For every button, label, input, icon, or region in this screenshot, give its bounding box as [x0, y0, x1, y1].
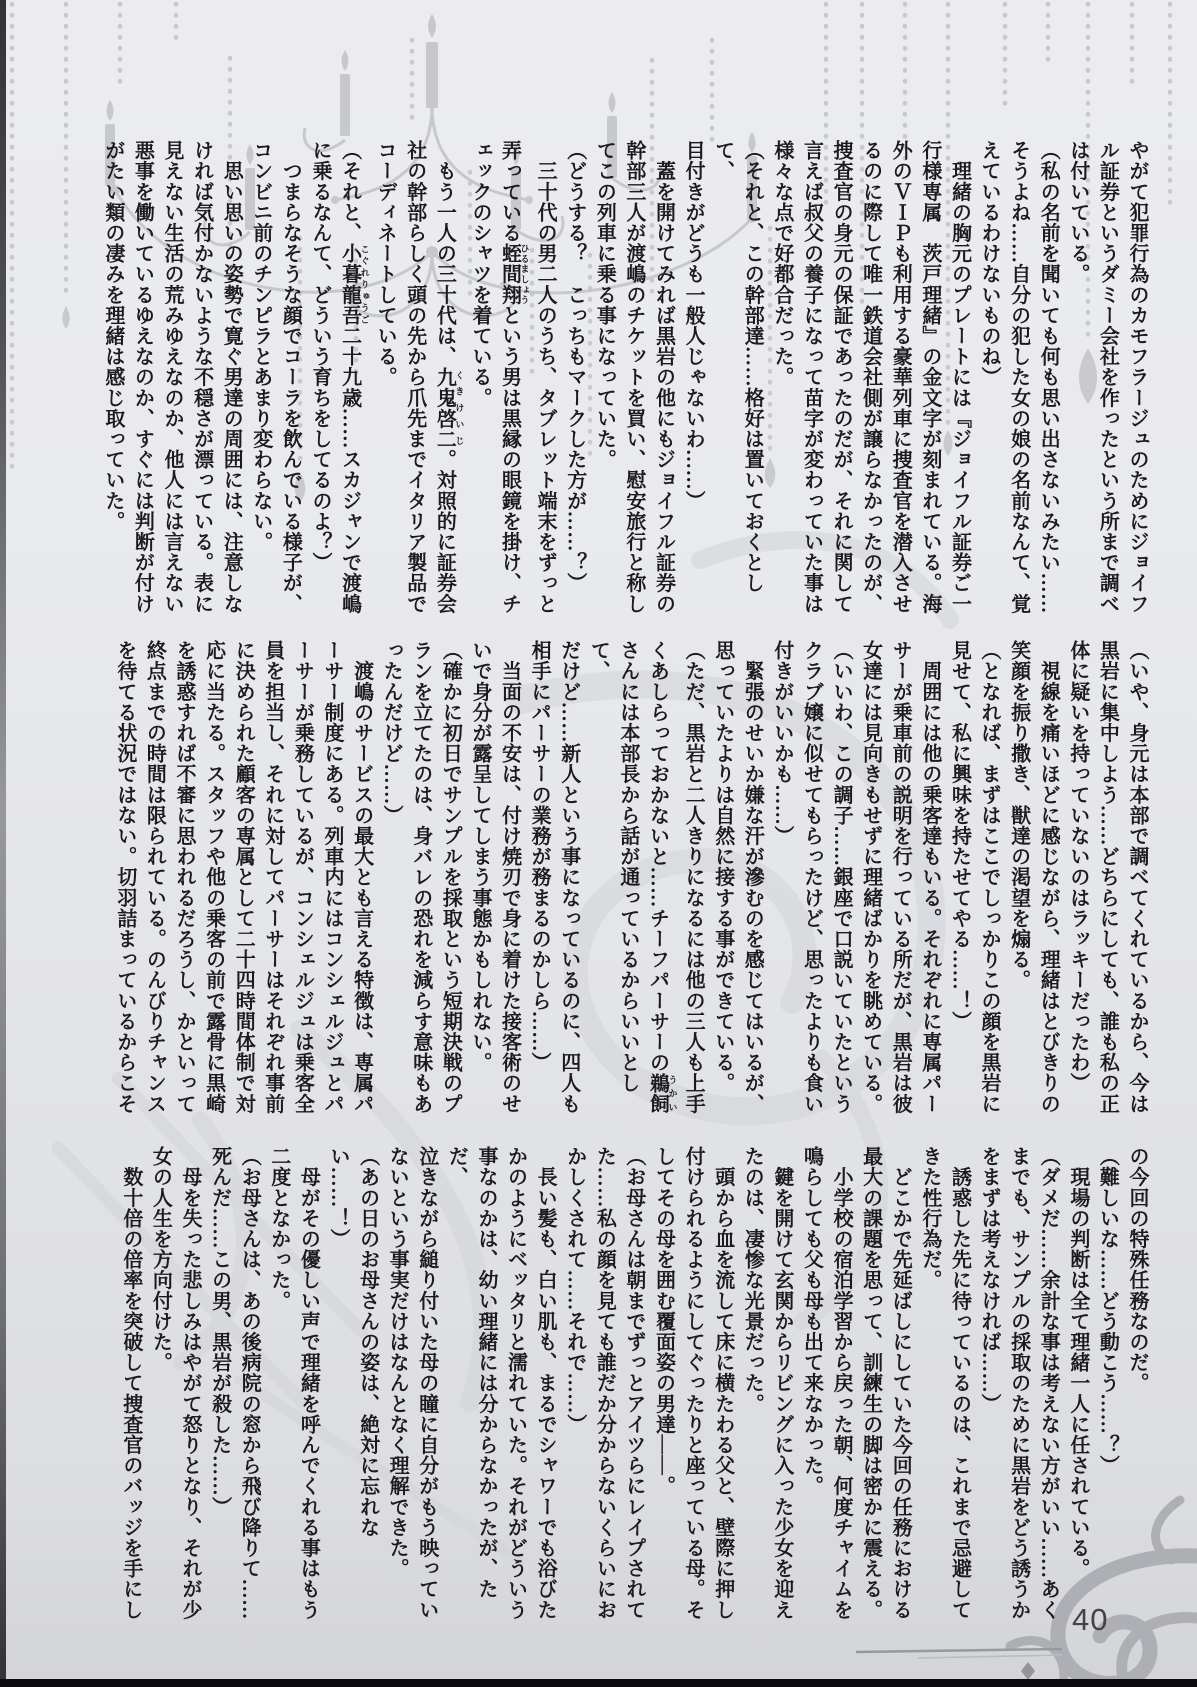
text-line: かのようにベッタリと濡れていた。それがどういう — [500, 1146, 530, 1630]
text-line: 視線を痛いほどに感じながら、理緒はとびきりの — [1033, 640, 1063, 1124]
text-line: 頭から血を流して床に横たわる父と、壁際に押し — [707, 1146, 737, 1630]
text-line: （となれば、まずはここでしっかりこの顔を黒岩に — [973, 640, 1003, 1124]
text-line: の今回の特殊任務なのだ。 — [1121, 1146, 1151, 1630]
text-line: を待てる状況ではない。切羽詰まっているからこそ — [109, 640, 139, 1124]
text-line: サーが乗車前の説明を行っている所だが、黒岩は彼 — [885, 640, 915, 1124]
text-line: ったんだけど……） — [376, 640, 406, 1124]
footer-rule — [856, 1649, 1062, 1680]
text-line: てこの列車に乗る事になっていた。 — [589, 140, 619, 624]
text-line: 二度となかった。 — [263, 1146, 293, 1630]
text-line: 鍵を開けて玄関からリビングに入った少女を迎え — [766, 1146, 796, 1630]
text-line: 周囲には他の乗客達もいる。それぞれに専属パー — [914, 640, 944, 1124]
text-line: 理緒の胸元のプレートには『ジョイフル証券ご一 — [944, 140, 974, 624]
text-line: 見えない生活の荒みゆえなのか、他人には言えない — [156, 140, 186, 624]
text-line: ランを立てたのは、身バレの恐れを減らす意味もあ — [405, 640, 435, 1124]
text-line: がたい類の凄みを理緒は感じ取っていた。 — [97, 140, 127, 624]
text-line: 行様専属 茨戸理緒』の金文字が刻まれている。海 — [914, 140, 944, 624]
text-line: 母がその優しい声で理緒を呼んでくれる事はもう — [293, 1146, 323, 1630]
text-line: るのに際して唯一鉄道会社側が譲らなかったのが、 — [855, 140, 885, 624]
vertical-text-band-middle: （いや、身元は本部で調べてくれているから、今は黒岩に集中しよう……どちらにしても… — [141, 640, 1151, 1124]
text-line: 鳴らしても父も母も出て来なかった。 — [796, 1146, 826, 1630]
text-line: 女の人生を方向付けた。 — [145, 1146, 175, 1630]
text-line: （お母さんは朝までずっとアイツらにレイプされて — [618, 1146, 648, 1630]
text-line: くあしらっておかないと……チーフパーサーの鵜飼うかい — [642, 640, 678, 1124]
text-line: 終点までの時間は限られている。のんびりチャンス — [139, 640, 169, 1124]
text-line: 体に疑いを持っていないのはラッキーだったわ） — [1062, 640, 1092, 1124]
text-line: （私の名前を聞いても何も思い出さないみたい…… — [1033, 140, 1063, 624]
text-line: 女達には見向きもせずに理緒ばかりを眺めている。 — [855, 640, 885, 1124]
text-line: をまずは考えなければ……） — [973, 1146, 1003, 1630]
text-line: 泣きながら縋り付いた母の瞳に自分がもう映ってい — [411, 1146, 441, 1630]
text-line: 員を担当し、それに対してパーサーはそれぞれ事前 — [257, 640, 287, 1124]
text-line: 緊張のせいか嫌な汗が滲むのを感じてはいるが、 — [737, 640, 767, 1124]
text-line: 小学校の宿泊学習から戻った朝、何度チャイムを — [825, 1146, 855, 1630]
text-line: 応に当たる。スタッフや他の乗客の前で露骨に黒崎 — [198, 640, 228, 1124]
text-line: してその母を囲む覆面姿の男達――。 — [648, 1146, 678, 1630]
text-line: 目付きがどうも一般人じゃないわ……） — [678, 140, 708, 624]
text-line: 笑顔を振り撒き、獣達の渇望を煽る。 — [1003, 640, 1033, 1124]
text-line: 思い思いの姿勢で寛ぐ男達の周囲には、注意しな — [216, 140, 246, 624]
text-line: 最大の課題を思って、訓練生の脚は密かに震える。 — [855, 1146, 885, 1630]
text-line: 黒岩に集中しよう……どちらにしても、誰も私の正 — [1092, 640, 1122, 1124]
text-line: に乗るなんて、どういう育ちをしてるのよ？） — [304, 140, 334, 624]
text-line: 三十代の男二人のうち、タブレット端末をずっと — [530, 140, 560, 624]
vertical-text-band-top: やがて犯罪行為のカモフラージュのためにジョイフル証券というダミー会社を作ったとい… — [141, 140, 1151, 624]
text-line: （いいわ、この調子……銀座で口説いていたという — [825, 640, 855, 1124]
novel-page: やがて犯罪行為のカモフラージュのためにジョイフル証券というダミー会社を作ったとい… — [0, 0, 1197, 1687]
text-line: どこかで先延ばしにしていた今回の任務における — [885, 1146, 915, 1630]
text-line: えているわけないものね） — [973, 140, 1003, 624]
text-line: た……私の顔を見ても誰だか分からないくらいにお — [589, 1146, 619, 1630]
text-line: （いや、身元は本部で調べてくれているから、今は — [1121, 640, 1151, 1124]
text-line: 蓋を開けてみれば黒岩の他にもジョイフル証券の — [648, 140, 678, 624]
text-line: 幹部三人が渡嶋のチケットを買い、慰安旅行と称し — [618, 140, 648, 624]
text-line: 弄っている蛭間翔ひるましょうという男は黒縁の眼鏡を掛け、チ — [494, 140, 530, 624]
text-line: コーディネートしている。 — [370, 140, 400, 624]
text-line: に決められた顧客の専属として二十四時間体制で対 — [228, 640, 258, 1124]
text-line: 相手にパーサーの業務が務まるのかしら……） — [524, 640, 554, 1124]
text-line: いで身分が露呈してしまう事態かもしれない。 — [464, 640, 494, 1124]
text-line: （ただ、黒岩と二人きりになるには他の三人も上手 — [678, 640, 708, 1124]
text-line: までも、サンプルの採取のために黒岩をどう誘うか — [1003, 1146, 1033, 1630]
text-line: 様々な点で好都合だった。 — [766, 140, 796, 624]
page-edge-bar-bottom — [0, 1679, 1197, 1687]
text-line: さんには本部長から話が通っているからいいとして、 — [583, 640, 642, 1124]
text-line: 外のＶＩＰも利用する豪華列車に捜査官を潜入させ — [885, 140, 915, 624]
text-line: （それと、小暮龍吾こぐれりゅうご二十九歳……スカジャンで渡嶋 — [334, 140, 370, 624]
text-line: きた性行為だ。 — [914, 1146, 944, 1630]
page-number: 40 — [1072, 1602, 1108, 1638]
text-line: 長い髪も、白い肌も、まるでシャワーでも浴びた — [530, 1146, 560, 1630]
text-line: つまらなそうな顔でコーラを飲んでいる様子が、 — [275, 140, 305, 624]
text-line: たのは、凄惨な光景だった。 — [737, 1146, 767, 1630]
text-line: 悪事を働いているゆえなのか、すぐには判断が付け — [127, 140, 157, 624]
text-line: 当面の不安は、付け焼刃で身に着けた接客術のせ — [494, 640, 524, 1124]
text-line: 死んだ……この男、黒岩が殺した……） — [204, 1146, 234, 1630]
text-line: ル証券というダミー会社を作ったという所まで調べ — [1092, 140, 1122, 624]
text-line: （ダメだ……余計な事は考えない方がいい……あく — [1033, 1146, 1063, 1630]
text-line: 現場の判断は全て理緒一人に任されている。 — [1062, 1146, 1092, 1630]
text-line: ないという事実だけはなんとなく理解できた。 — [382, 1146, 412, 1630]
text-line: ーサーが乗務しているが、コンシェルジュは乗客全 — [287, 640, 317, 1124]
text-line: やがて犯罪行為のカモフラージュのためにジョイフ — [1121, 140, 1151, 624]
text-line: 捜査官の身元の保証であったのだが、それに関して — [825, 140, 855, 624]
text-line: 事なのかは、幼い理緒には分からなかったが、ただ、 — [441, 1146, 500, 1630]
text-line: （どうする？ こっちもマークした方が……？） — [559, 140, 589, 624]
text-line: ーサー制度にある。列車内にはコンシェルジュとパ — [316, 640, 346, 1124]
vertical-text-band-bottom: の今回の特殊任務なのだ。（難しいな……どう動こう……？） 現場の判断は全て理緒一… — [141, 1146, 1151, 1630]
text-line: （お母さんは、あの後病院の窓から飛び降りて…… — [234, 1146, 264, 1630]
text-line: ければ気付かないような不穏さが漂っている。表に — [186, 140, 216, 624]
text-line: そうよね……自分の犯した女の娘の名前なんて、覚 — [1003, 140, 1033, 624]
text-line: 思っていたよりは自然に接する事ができている。 — [707, 640, 737, 1124]
text-line: を誘惑すれば不審に思われるだろうし、かといって — [168, 640, 198, 1124]
text-line: （それと、この幹部達……格好は置いておくとして、 — [707, 140, 766, 624]
text-line: （確かに初日でサンプルを採取という短期決戦のプ — [435, 640, 465, 1124]
text-line: 見せて、私に興味を持たせてやる……！） — [944, 640, 974, 1124]
text-line: 付きがいいかも……） — [766, 640, 796, 1124]
text-line: 言えば叔父の養子になって苗字が変わっていた事は — [796, 140, 826, 624]
text-line: コンビニ前のチンピラとあまり変わらない。 — [245, 140, 275, 624]
text-line: 付けられるようにしてぐったりと座っている母。そ — [678, 1146, 708, 1630]
text-line: ェックのシャツを着ている。 — [464, 140, 494, 624]
text-line: （難しいな……どう動こう……？） — [1092, 1146, 1122, 1630]
text-line: クラブ嬢に似せてもらったけど、思ったよりも食い — [796, 640, 826, 1124]
text-line: 社の幹部らしく頭の先から爪先までイタリア製品で — [399, 140, 429, 624]
text-line: もう一人の三十代は、九鬼啓二くきけいじ。対照的に証券会 — [429, 140, 465, 624]
text-line: 母を失った悲しみはやがて怒りとなり、それが少 — [174, 1146, 204, 1630]
text-line: かしくされて……それで……） — [559, 1146, 589, 1630]
text-line: （あの日のお母さんの姿は、絶対に忘れない……！） — [322, 1146, 381, 1630]
text-line: だけど……新人という事になっているのに、四人も — [553, 640, 583, 1124]
text-line: は付いている。 — [1062, 140, 1092, 624]
text-line: 誘惑した先に待っているのは、これまで忌避して — [944, 1146, 974, 1630]
page-edge-shadow-left — [0, 0, 6, 1687]
text-line: 数十倍の倍率を突破して捜査官のバッジを手にし — [115, 1146, 145, 1630]
text-line: 渡嶋のサービスの最大とも言える特徴は、専属パ — [346, 640, 376, 1124]
